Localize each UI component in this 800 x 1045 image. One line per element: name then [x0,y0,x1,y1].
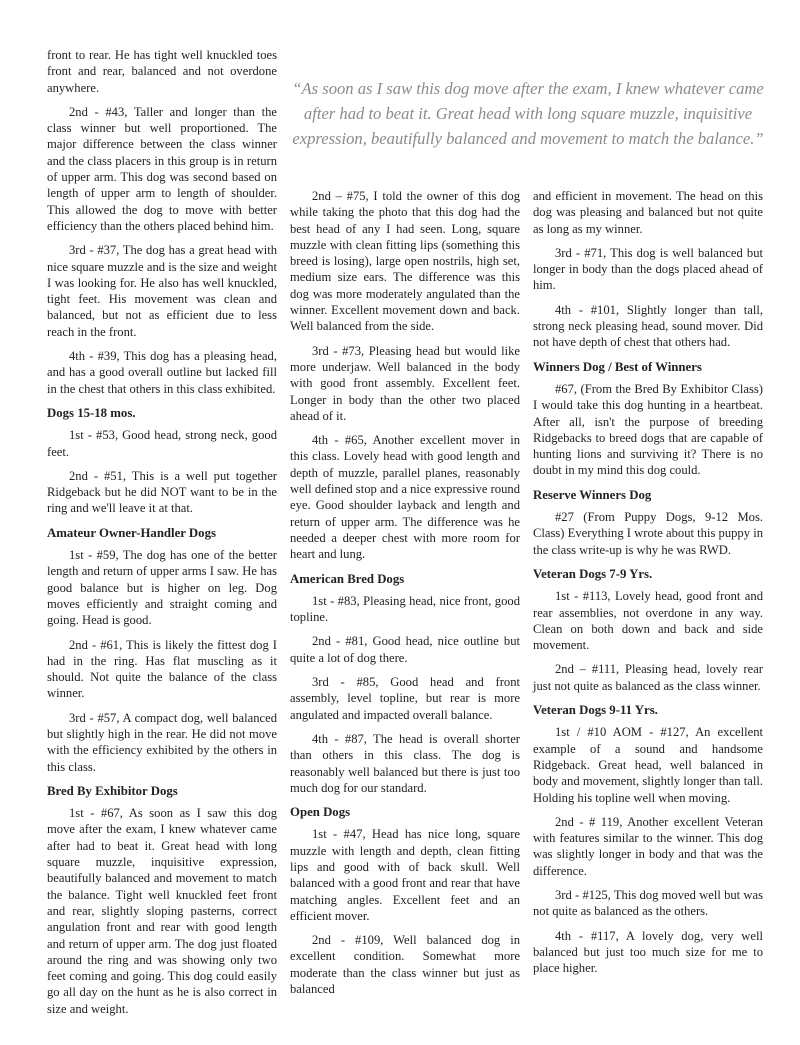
column-3: and efficient in movement. The head on t… [533,188,763,984]
placement-paragraph: 2nd - #61, This is likely the fittest do… [47,637,277,702]
placement-paragraph: 2nd – #111, Pleasing head, lovely rear j… [533,661,763,694]
section-heading: American Bred Dogs [290,571,520,587]
placement-paragraph: 2nd - # 119, Another excellent Veteran w… [533,814,763,879]
placement-paragraph: 4th - #39, This dog has a pleasing head,… [47,348,277,397]
placement-paragraph: 3rd - #71, This dog is well balanced but… [533,245,763,294]
placement-paragraph: 1st - #83, Pleasing head, nice front, go… [290,593,520,626]
placement-paragraph: 3rd - #57, A compact dog, well balanced … [47,710,277,775]
placement-paragraph: 1st / #10 AOM - #127, An excellent examp… [533,724,763,805]
placement-paragraph: 2nd - #81, Good head, nice outline but q… [290,633,520,666]
column-1: front to rear. He has tight well knuckle… [47,47,277,1025]
placement-paragraph: 3rd - #125, This dog moved well but was … [533,887,763,920]
placement-paragraph: 1st - #59, The dog has one of the better… [47,547,277,628]
section-heading: Bred By Exhibitor Dogs [47,783,277,799]
placement-paragraph: 2nd - #43, Taller and longer than the cl… [47,104,277,234]
placement-paragraph: #67, (From the Bred By Exhibitor Class) … [533,381,763,479]
column-2: 2nd – #75, I told the owner of this dog … [290,188,520,1005]
placement-paragraph: 3rd - #85, Good head and front assembly,… [290,674,520,723]
placement-paragraph: #27 (From Puppy Dogs, 9-12 Mos. Class) E… [533,509,763,558]
section-heading: Reserve Winners Dog [533,487,763,503]
placement-paragraph: 2nd - #109, Well balanced dog in excelle… [290,932,520,997]
placement-paragraph: 3rd - #73, Pleasing head but would like … [290,343,520,424]
placement-paragraph: 4th - #87, The head is overall shorter t… [290,731,520,796]
paragraph-continuation: front to rear. He has tight well knuckle… [47,47,277,96]
placement-paragraph: 2nd - #51, This is a well put together R… [47,468,277,517]
placement-paragraph: 4th - #101, Slightly longer than tall, s… [533,302,763,351]
placement-paragraph: 1st - #67, As soon as I saw this dog mov… [47,805,277,1017]
section-heading: Winners Dog / Best of Winners [533,359,763,375]
placement-paragraph: 2nd – #75, I told the owner of this dog … [290,188,520,335]
section-heading: Veteran Dogs 7-9 Yrs. [533,566,763,582]
placement-paragraph: 4th - #117, A lovely dog, very well bala… [533,928,763,977]
paragraph-continuation: and efficient in movement. The head on t… [533,188,763,237]
section-heading: Dogs 15-18 mos. [47,405,277,421]
placement-paragraph: 3rd - #37, The dog has a great head with… [47,242,277,340]
placement-paragraph: 1st - #53, Good head, strong neck, good … [47,427,277,460]
section-heading: Open Dogs [290,804,520,820]
section-heading: Amateur Owner-Handler Dogs [47,525,277,541]
pull-quote: “As soon as I saw this dog move after th… [288,76,768,151]
section-heading: Veteran Dogs 9-11 Yrs. [533,702,763,718]
placement-paragraph: 4th - #65, Another excellent mover in th… [290,432,520,562]
placement-paragraph: 1st - #113, Lovely head, good front and … [533,588,763,653]
placement-paragraph: 1st - #47, Head has nice long, square mu… [290,826,520,924]
